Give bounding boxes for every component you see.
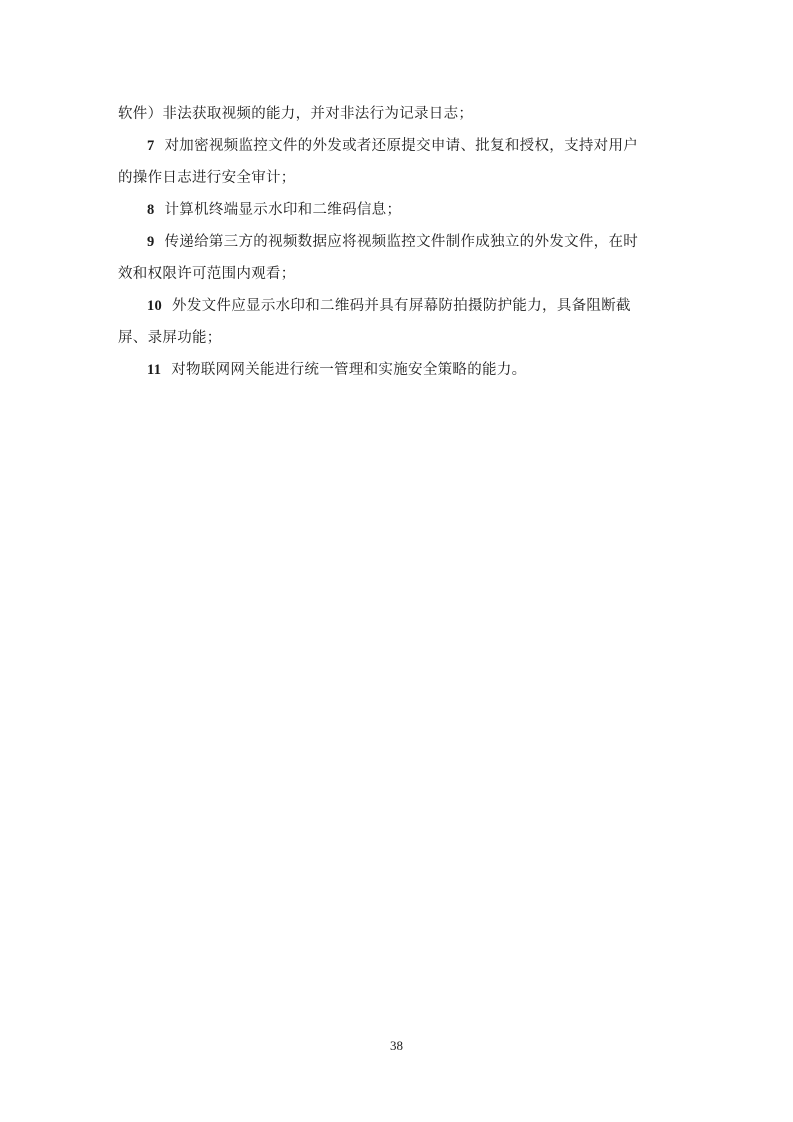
- text-line: 软件）非法获取视频的能力，并对非法行为记录日志；: [118, 98, 678, 130]
- page-number: 38: [0, 1038, 793, 1054]
- line-text: 对物联网网关能进行统一管理和实施安全策略的能力。: [171, 362, 526, 378]
- list-item-8: 8 计算机终端显示水印和二维码信息；: [118, 194, 678, 226]
- item-number: 11: [147, 362, 161, 378]
- item-number: 10: [147, 298, 162, 314]
- item-number: 9: [147, 234, 155, 250]
- item-number: 7: [147, 138, 155, 154]
- text-line: 效和权限许可范围内观看；: [118, 258, 678, 290]
- line-text: 效和权限许可范围内观看；: [118, 266, 296, 282]
- line-text: 计算机终端显示水印和二维码信息；: [164, 202, 401, 218]
- line-text: 的操作日志进行安全审计；: [118, 170, 296, 186]
- list-item-10: 10 外发文件应显示水印和二维码并具有屏幕防拍摄防护能力，具备阻断截: [118, 290, 678, 322]
- line-text: 外发文件应显示水印和二维码并具有屏幕防拍摄防护能力，具备阻断截: [172, 298, 631, 314]
- line-text: 软件）非法获取视频的能力，并对非法行为记录日志；: [118, 106, 473, 122]
- line-text: 传递给第三方的视频数据应将视频监控文件制作成独立的外发文件，在时: [164, 234, 638, 250]
- text-line: 的操作日志进行安全审计；: [118, 162, 678, 194]
- list-item-11: 11 对物联网网关能进行统一管理和实施安全策略的能力。: [118, 354, 678, 386]
- list-item-9: 9 传递给第三方的视频数据应将视频监控文件制作成独立的外发文件，在时: [118, 226, 678, 258]
- line-text: 屏、录屏功能；: [118, 330, 222, 346]
- text-line: 屏、录屏功能；: [118, 322, 678, 354]
- document-body: 软件）非法获取视频的能力，并对非法行为记录日志； 7 对加密视频监控文件的外发或…: [118, 98, 678, 386]
- list-item-7: 7 对加密视频监控文件的外发或者还原提交申请、批复和授权，支持对用户: [118, 130, 678, 162]
- line-text: 对加密视频监控文件的外发或者还原提交申请、批复和授权，支持对用户: [164, 138, 638, 154]
- item-number: 8: [147, 202, 155, 218]
